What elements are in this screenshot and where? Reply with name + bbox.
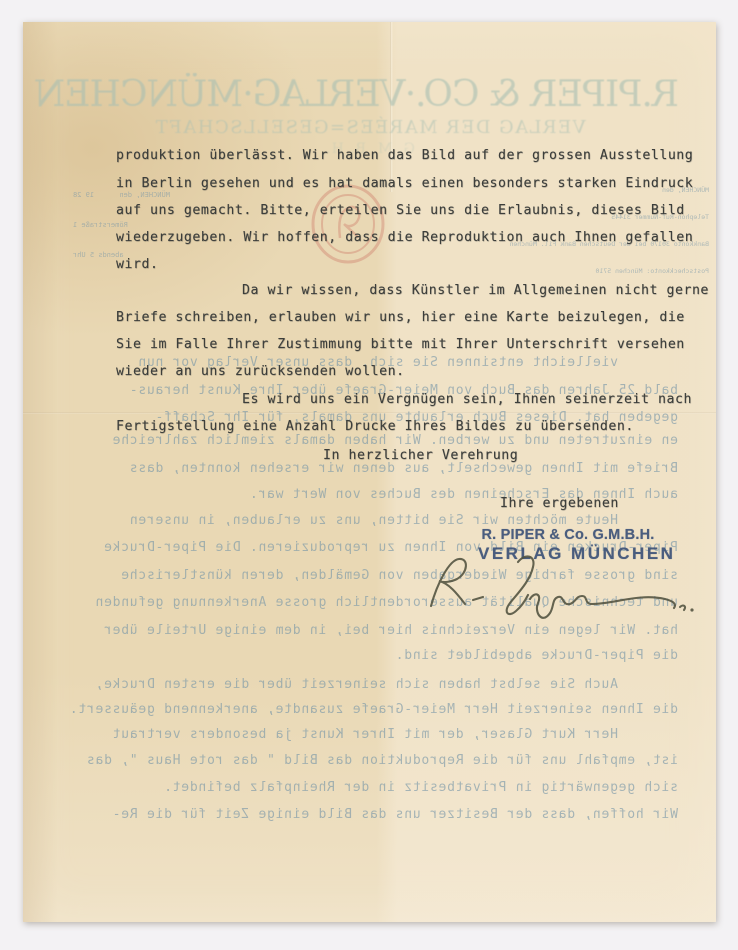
- letter-paper: R.PIPER & CO.·VERLAG·MÜNCHEN VERLAG DER …: [23, 22, 716, 922]
- signature-r-piper: [421, 546, 706, 631]
- verso-bleed-line: Herr Kurt Glaser, der mit Ihrer Kunst ja…: [66, 727, 678, 742]
- signoff-line: Ihre ergebenen: [500, 496, 619, 511]
- verso-bleed-line: Heute möchten wir Sie bitten, uns zu erl…: [66, 513, 678, 528]
- stamp-company-line: R. PIPER & Co. G.M.B.H.: [478, 527, 658, 543]
- red-seal-bleedthrough-icon: [306, 182, 390, 266]
- letter-line: wieder an uns zurücksenden wollen.: [116, 364, 405, 379]
- letterhead-bleed-company: VERLAG DER MARÉES=GESELLSCHAFT: [61, 117, 679, 138]
- letter-line: produktion überlässt. Wir haben das Bild…: [116, 148, 693, 163]
- verso-bleed-line: Auch Sie selbst haben sich seinerzeit üb…: [66, 677, 678, 692]
- closing-line: In herzlicher Verehrung: [323, 448, 518, 463]
- verso-bleed-line: die Ihnen seinerzeit Herr Meier-Graefe z…: [66, 702, 678, 717]
- letter-line: Briefe schreiben, erlauben wir uns, hier…: [116, 310, 685, 325]
- letter-line: in Berlin gesehen und es hat damals eine…: [116, 176, 693, 191]
- scanned-letter-screenshot: { "colors": { "scan-bg": "#f3f2f4", "pap…: [0, 0, 738, 950]
- letter-line: wird.: [116, 257, 158, 272]
- verso-bleed-line: ist, empfahl uns für die Reproduktion da…: [66, 753, 678, 768]
- letter-line: wiederzugeben. Wir hoffen, dass die Repr…: [116, 230, 693, 245]
- letter-line: auf uns gemacht. Bitte, erteilen Sie uns…: [116, 203, 685, 218]
- verso-bleed-line: en einzutreten und zu werben. Wir haben …: [66, 433, 678, 448]
- letter-line: Fertigstellung eine Anzahl Drucke Ihres …: [116, 419, 634, 434]
- bleed-street-line: Römerstraße 1: [73, 220, 223, 230]
- letter-line: Es wird uns ein Vergnügen sein, Ihnen se…: [116, 392, 692, 407]
- letter-line: Da wir wissen, dass Künstler im Allgemei…: [116, 283, 709, 298]
- verso-bleed-line: sich gegenwärtig in Privatbesitz in der …: [66, 780, 678, 795]
- verso-bleed-line: die Piper-Drucke abgebildet sind.: [66, 648, 678, 663]
- bleed-date-line: MÜNCHEN, den 19 28: [73, 190, 223, 200]
- verso-bleed-line: Wir hoffen, dass der Besitzer uns das Bi…: [66, 807, 678, 822]
- letter-line: Sie im Falle Ihrer Zustimmung bitte mit …: [116, 337, 685, 352]
- letterhead-bleed-publisher-name: R.PIPER & CO.·VERLAG·MÜNCHEN: [61, 74, 679, 115]
- verso-bleed-line: Briefe mit Ihnen gewechselt, aus denen w…: [66, 461, 678, 476]
- bleed-postal-line: Postscheckkonto: München 5710: [601, 267, 709, 276]
